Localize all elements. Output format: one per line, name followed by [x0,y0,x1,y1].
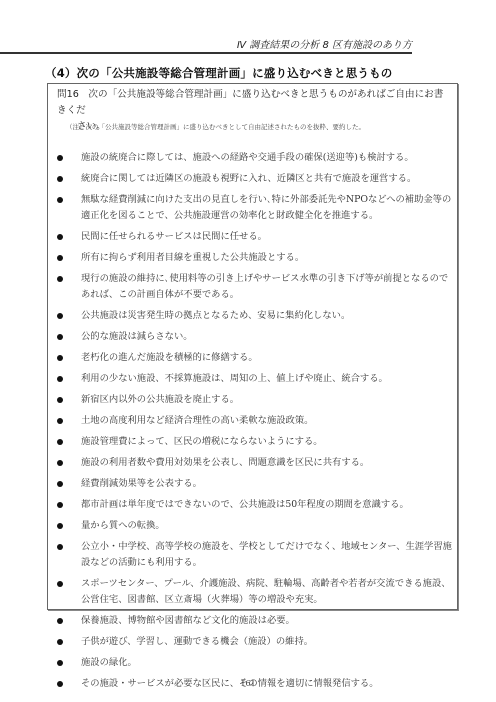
list-item: 新宿区内以外の公共施設を廃止する。 [57,392,452,408]
running-header: Ⅳ 調査結果の分析 8 区有施設のあり方 [0,36,412,51]
bullet-icon [57,397,63,403]
bullet-icon [57,418,63,424]
bullet-icon [57,439,63,445]
bullet-icon [57,197,63,203]
bullet-icon [57,155,63,161]
list-item: 量から質への転換。 [57,518,452,534]
bullet-icon [57,313,63,319]
list-item: 公共施設は災害発生時の拠点となるため、安易に集約化しない。 [57,308,452,324]
list-item: 利用の少ない施設、不採算施設は、周知の上、値上げや廃止、統合する。 [57,371,452,387]
bullet-icon [57,502,63,508]
list-item: 施設管理費によって、区民の増税にならないようにする。 [57,434,452,450]
section-title: （4）次の「公共施設等総合管理計画」に盛り込むべきと思うもの [45,65,393,81]
list-item: 所有に拘らず利用者目線を重視した公共施設とする。 [57,250,452,266]
list-item: 施設の統廃合に際しては、施設への経路や交通手段の確保(送迎等)も検討する。 [57,150,452,166]
page-number: 161 [0,679,496,688]
bullet-icon [57,481,63,487]
bullet-icon [57,581,63,587]
list-item: 保養施設、博物館や図書館など文化的施設は必要。 [57,613,452,629]
list-item: 施設の緑化。 [57,655,452,671]
list-item: 現行の施設の維持に､使用料等の引き上げやサービス水準の引き下げ等が前提となるので… [57,271,452,303]
list-item: 無駄な経費削減に向けた支出の見直しを行い､特に外部委託先やNPOなどへの補助金等… [57,192,452,224]
question-note: （注）次の「公共施設等総合管理計画」に盛り込むべきとして自由記述されたものを抜粋… [66,122,365,131]
list-item: 老朽化の進んだ施設を積極的に修繕する。 [57,350,452,366]
bullet-icon [57,176,63,182]
list-item: 子供が遊び、学習し、運動できる機会（施設）の維持。 [57,634,452,650]
bullet-icon [57,355,63,361]
list-item: 土地の高度利用など経済合理性の高い柔軟な施設政策。 [57,413,452,429]
bullet-icon [57,544,63,550]
header-rule [0,52,412,54]
response-list: 施設の統廃合に際しては、施設への経路や交通手段の確保(送迎等)も検討する。 統廃… [57,150,452,697]
bullet-icon [57,276,63,282]
question-line-1: 問16 次の「公共施設等総合管理計画」に盛り込むべきと思うものがあればご自由にお… [57,89,443,116]
bullet-icon [57,523,63,529]
bullet-icon [57,255,63,261]
bullet-icon [57,460,63,466]
list-item: 公的な施設は減らさない。 [57,329,452,345]
list-item: スポーツセンター、プール、介護施設、病院、駐輪場、高齢者や若者が交流できる施設、… [57,576,452,608]
bullet-icon [57,234,63,240]
list-item: 経費削減効果等を公表する。 [57,476,452,492]
bullet-icon [57,334,63,340]
bullet-icon [57,376,63,382]
list-item: 都市計画は単年度ではできないので、公共施設は50年程度の期間を意識する。 [57,497,452,513]
list-item: 公立小・中学校、高等学校の施設を、学校としてだけでなく、地域センター、生涯学習施… [57,539,452,571]
bullet-icon [57,639,63,645]
bullet-icon [57,618,63,624]
bullet-icon [57,660,63,666]
list-item: 施設の利用者数や費用対効果を公表し、問題意識を区民に共有する。 [57,455,452,471]
list-item: 民間に任せられるサービスは民間に任せる。 [57,229,452,245]
list-item: 統廃合に関しては近隣区の施設も視野に入れ、近隣区と共有で施設を運営する。 [57,171,452,187]
